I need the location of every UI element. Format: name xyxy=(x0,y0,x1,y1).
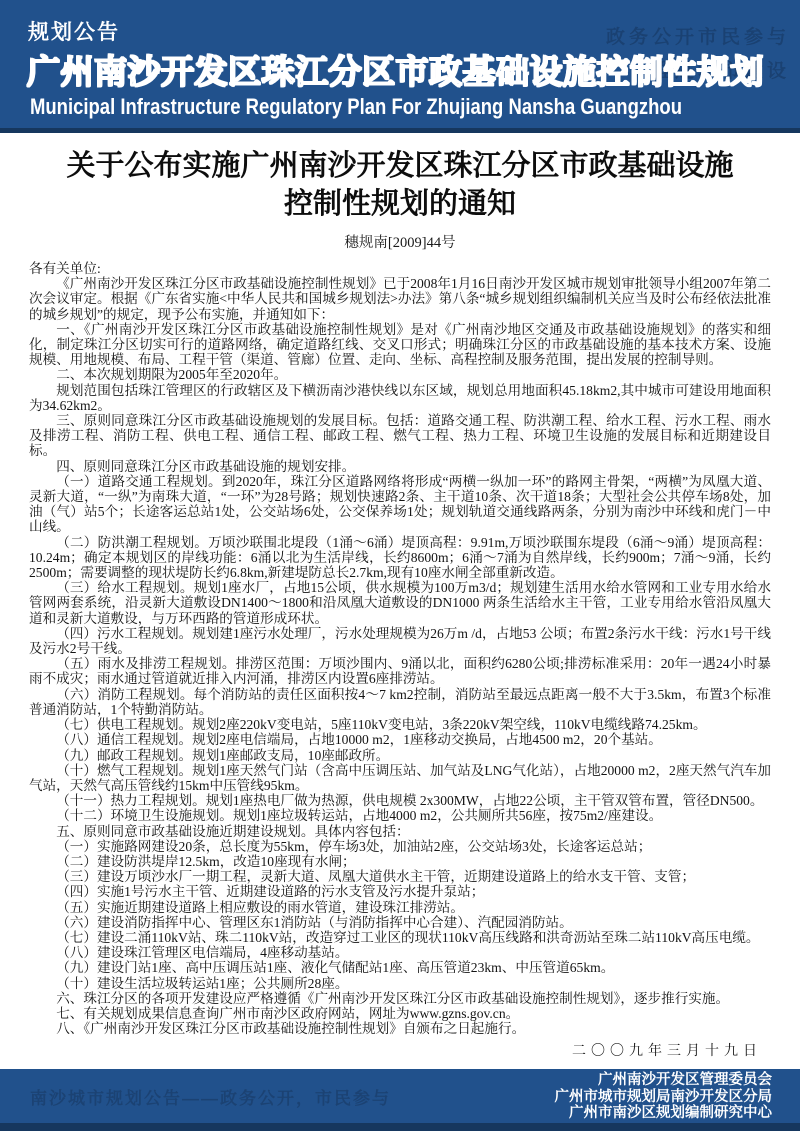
doc-paragraph: （六）建设消防指挥中心、管理区东1消防站（与消防指挥中心合建）、汽配园消防站。 xyxy=(29,915,771,930)
doc-paragraph: （九）建设门站1座、高中压调压站1座、液化气储配站1座、高压管道23km、中压管… xyxy=(29,960,771,975)
doc-paragraph: （二）防洪潮工程规划。万顷沙联围北堤段（1涌～6涌）堤顶高程：9.91m,万顷沙… xyxy=(29,535,771,581)
doc-paragraph: （八）通信工程规划。规划2座电信端局，占地10000 m2，1座移动交换局，占地… xyxy=(29,732,771,747)
doc-paragraph: （七）建设二涌110kV站、珠二110kV站，改造穿过工业区的现状110kV高压… xyxy=(29,930,771,945)
doc-paragraph: （三）给水工程规划。规划1座水厂，占地15公顷，供水规模为100万m3/d；规划… xyxy=(29,580,771,626)
footer-watermark: 南沙城市规划公告——政务公开，市民参与 xyxy=(30,1084,391,1109)
salutation: 各有关单位: xyxy=(29,261,771,276)
notice-title: 关于公布实施广州南沙开发区珠江分区市政基础设施 控制性规划的通知 xyxy=(30,147,770,223)
plan-title-english: Municipal Infrastructure Regulatory Plan… xyxy=(30,94,682,120)
plan-title-chinese: 广州南沙开发区珠江分区市政基础设施控制性规划 xyxy=(27,46,800,93)
doc-paragraph: 七、有关规划成果信息查询广州市南沙区政府网站，网址为www.gzns.gov.c… xyxy=(29,1006,771,1021)
doc-paragraph: 二、本次规划期限为2005年至2020年。 xyxy=(29,367,771,382)
doc-paragraph: 一、《广州南沙开发区珠江分区市政基础设施控制性规划》是对《广州南沙地区交通及市政… xyxy=(29,322,771,368)
doc-paragraph: 五、原则同意市政基础设施近期建设规划。具体内容包括： xyxy=(29,824,771,839)
doc-paragraph: （五）雨水及排涝工程规划。排涝区范围：万顷沙围内、9涌以北，面积约6280公顷;… xyxy=(29,656,771,686)
doc-paragraph: （十）燃气工程规划。规划1座天然气门站（含高中压调压站、加气站及LNG气化站），… xyxy=(29,763,771,793)
doc-paragraph: 四、原则同意珠江分区市政基础设施的规划安排。 xyxy=(29,459,771,474)
footer-org: 广州市城市规划局南沙开发区分局 xyxy=(555,1089,773,1106)
doc-paragraph: 六、珠江分区的各项开发建设应严格遵循《广州南沙开发区珠江分区市政基础设施控制性规… xyxy=(29,991,771,1006)
doc-paragraph: （七）供电工程规划。规划2座220kV变电站，5座110kV变电站，3条220k… xyxy=(29,717,771,732)
announcement-page: 规划公告 政务公开市民参与 推进城市建设 广州南沙开发区珠江分区市政基础设施控制… xyxy=(0,0,800,1131)
header-tag: 规划公告 xyxy=(28,16,120,46)
notice-title-line2: 控制性规划的通知 xyxy=(30,185,770,223)
doc-paragraph: （九）邮政工程规划。规划1座邮政支局，10座邮政所。 xyxy=(29,748,771,763)
footer-org: 广州市南沙区规划编制研究中心 xyxy=(555,1105,773,1122)
footer-band: 南沙城市规划公告——政务公开，市民参与 广州南沙开发区管理委员会广州市城市规划局… xyxy=(0,1069,800,1131)
footer-org: 广州南沙开发区管理委员会 xyxy=(555,1072,773,1089)
doc-paragraph: 规划范围包括珠江管理区的行政辖区及下横沥南沙港快线以东区域，规划总用地面积45.… xyxy=(29,383,771,413)
doc-paragraph: （十一）热力工程规划。规划1座热电厂做为热源，供电规模 2x300MW，占地22… xyxy=(29,793,771,808)
doc-paragraph: （二）建设防洪堤岸12.5km，改造10座现有水闸； xyxy=(29,854,771,869)
doc-paragraph: （八）建设珠江管理区电信端局，4座移动基站。 xyxy=(29,945,771,960)
notice-body: 《广州南沙开发区珠江分区市政基础设施控制性规划》已于2008年1月16日南沙开发… xyxy=(29,276,771,1036)
doc-paragraph: （六）消防工程规划。每个消防站的责任区面积按4～7 km2控制，消防站至最远点距… xyxy=(29,687,771,717)
doc-number: 穗规南[2009]44号 xyxy=(0,231,800,252)
doc-paragraph: （十二）环境卫生设施规划。规划1座垃圾转运站，占地4000 m2，公共厕所共56… xyxy=(29,808,771,823)
doc-paragraph: （一）实施路网建设20条，总长度为55km，停车场3处，加油站2座，公交站场3处… xyxy=(29,839,771,854)
doc-paragraph: （十）建设生活垃圾转运站1座；公共厕所28座。 xyxy=(29,976,771,991)
header-watermark-line1: 政务公开市民参与 xyxy=(606,22,790,49)
notice-title-line1: 关于公布实施广州南沙开发区珠江分区市政基础设施 xyxy=(30,147,770,185)
doc-paragraph: 八、《广州南沙开发区珠江分区市政基础设施控制性规划》自颁布之日起施行。 xyxy=(29,1021,771,1036)
doc-paragraph: 《广州南沙开发区珠江分区市政基础设施控制性规划》已于2008年1月16日南沙开发… xyxy=(29,276,771,322)
doc-paragraph: （五）实施近期建设道路上相应敷设的雨水管道，建设珠江排涝站。 xyxy=(29,900,771,915)
doc-paragraph: （一）道路交通工程规划。到2020年，珠江分区道路网络将形成“两横一纵加一环”的… xyxy=(29,474,771,535)
doc-paragraph: 三、原则同意珠江分区市政基础设施规划的发展目标。包括：道路交通工程、防洪潮工程、… xyxy=(29,413,771,459)
footer-organizations: 广州南沙开发区管理委员会广州市城市规划局南沙开发区分局广州市南沙区规划编制研究中… xyxy=(555,1072,773,1122)
notice-document: 关于公布实施广州南沙开发区珠江分区市政基础设施 控制性规划的通知 穗规南[200… xyxy=(0,133,800,1069)
doc-paragraph: （四）污水工程规划。规划建1座污水处理厂，污水处理规模为26万m /d，占地53… xyxy=(29,626,771,656)
doc-paragraph: （三）建设万顷沙水厂一期工程，灵新大道、凤凰大道供水主干管，近期建设道路上的给水… xyxy=(29,869,771,884)
doc-paragraph: （四）实施1号污水主干管、近期建设道路的污水支管及污水提升泵站； xyxy=(29,884,771,899)
notice-date: 二〇〇九年三月十九日 xyxy=(0,1040,762,1060)
header-band: 规划公告 政务公开市民参与 推进城市建设 广州南沙开发区珠江分区市政基础设施控制… xyxy=(0,0,800,133)
